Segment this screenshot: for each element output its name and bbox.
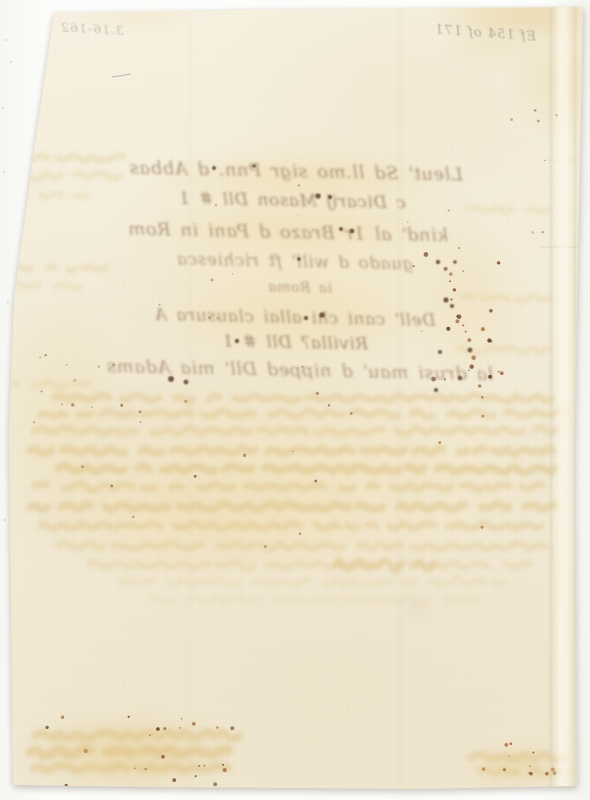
foxing-speck: [503, 768, 506, 771]
ghost-writing-band: [12, 266, 107, 271]
showthrough-line: Rivilla? Dll # 1: [222, 331, 369, 354]
foxing-speck: [449, 272, 453, 276]
foxing-speck: [292, 451, 293, 452]
ink-blot: [235, 339, 239, 343]
ghost-writing-band: [34, 766, 228, 771]
ghost-writing-band: [30, 749, 229, 756]
foxing-speck: [482, 767, 485, 770]
ink-blot: [168, 376, 174, 382]
foxing-speck: [61, 716, 64, 719]
foxing-speck: [504, 214, 505, 215]
foxing-speck: [243, 454, 246, 457]
ink-blot: [350, 229, 355, 234]
foxing-speck: [161, 755, 165, 759]
foxing-speck: [223, 768, 227, 772]
ghost-writing-band: [55, 395, 551, 401]
ghost-writing-band: [13, 193, 88, 198]
vertical-fold-crease: [189, 0, 191, 800]
foxing-speck: [551, 768, 555, 772]
foxing-speck: [84, 749, 88, 753]
foxing-speck: [194, 475, 197, 478]
ghost-writing-band: [58, 466, 556, 473]
foxing-speck: [112, 363, 115, 366]
ghost-writing-band: [36, 732, 239, 738]
foxing-speck: [528, 772, 531, 775]
ghost-writing-band: [335, 560, 434, 572]
showthrough-artifact-layer: [0, 0, 590, 800]
archival-number-pencil: Ef 154 of 171: [434, 22, 537, 44]
stain-blob: [511, 18, 590, 138]
foxing-speck: [431, 377, 436, 382]
pencil-dash: [112, 74, 131, 77]
foxing-speck: [449, 280, 451, 282]
foxing-speck: [456, 315, 458, 317]
foxing-speck: [465, 331, 467, 333]
ink-blot: [458, 376, 462, 380]
ink-blot: [252, 164, 256, 168]
foxing-speck: [457, 314, 462, 319]
foxing-speck: [470, 365, 474, 369]
stain-blob: [20, 710, 240, 794]
foxing-speck: [181, 718, 183, 720]
foxing-speck: [458, 247, 460, 249]
foxing-speck: [41, 390, 43, 392]
foxing-speck: [453, 288, 456, 291]
ink-blot: [328, 195, 332, 199]
foxing-speck: [204, 765, 205, 766]
foxing-speck: [424, 252, 429, 257]
foxing-speck: [39, 357, 41, 359]
foxing-speck: [498, 371, 500, 373]
ink-blot: [438, 350, 442, 354]
foxing-speck: [488, 375, 492, 379]
foxing-speck: [471, 355, 476, 360]
foxing-speck: [195, 775, 197, 777]
foxing-speck: [462, 270, 464, 272]
foxing-speck: [198, 765, 200, 767]
foxing-speck: [504, 743, 508, 747]
stain-blob: [105, 130, 495, 400]
ghost-writing-band: [34, 428, 561, 434]
ghost-writing-band: [58, 543, 546, 549]
vertical-fold-crease: [550, 0, 552, 800]
foxing-speck: [232, 273, 233, 274]
foxing-speck: [208, 317, 210, 319]
ink-blot: [212, 166, 216, 170]
foxing-speck: [497, 261, 500, 264]
ink-blot: [315, 193, 321, 199]
foxing-speck: [555, 114, 558, 117]
foxing-speck: [448, 209, 450, 211]
stain-blob: [85, 6, 195, 24]
ghost-writing-band: [40, 523, 542, 529]
stain-blob: [433, 0, 590, 44]
ghost-writing-band: [40, 411, 566, 417]
foxing-speck: [371, 197, 372, 198]
foxing-speck: [532, 752, 534, 754]
foxing-speck: [455, 319, 459, 323]
ghost-writing-band: [480, 769, 566, 774]
foxing-speck: [163, 727, 166, 730]
ghost-writing-band: [12, 284, 80, 288]
ghost-writing-band: [14, 173, 120, 180]
foxing-speck: [230, 726, 234, 730]
foxing-speck: [184, 400, 187, 403]
foxing-speck: [508, 755, 510, 757]
foxing-speck: [444, 267, 448, 271]
ghost-writing-band: [30, 448, 553, 454]
ink-blot: [297, 257, 301, 261]
ink-blot: [468, 348, 473, 353]
foxing-speck: [467, 338, 471, 342]
stain-blob: [464, 744, 568, 788]
paper-sheet-shadow: Lleut' Sd ll.mo sigr Pnn. d Abbasc Dicar…: [0, 0, 590, 800]
vertical-fold-crease: [574, 0, 576, 800]
stain-blob: [415, 220, 525, 390]
showthrough-line: Dell' cani chi allai clausura A: [154, 305, 436, 331]
foxing-speck: [481, 526, 484, 529]
foxing-speck: [298, 184, 300, 186]
foxing-speck: [150, 787, 151, 788]
foxing-speck: [314, 480, 317, 483]
foxing-speck: [222, 764, 224, 766]
corner-number-pencil: 3.16-162: [60, 19, 125, 37]
foxing-speck: [438, 441, 441, 444]
foxing-speck: [128, 716, 130, 718]
foxing-speck: [215, 204, 217, 206]
foxing-speck: [531, 231, 534, 234]
foxing-speck: [529, 765, 531, 767]
foxing-speck: [478, 384, 481, 387]
foxing-speck: [544, 160, 545, 161]
paper-sheet: Lleut' Sd ll.mo sigr Pnn. d Abbasc Dicar…: [0, 0, 590, 800]
foxing-speck: [350, 412, 353, 415]
foxing-speck: [33, 421, 35, 423]
foxing-speck: [500, 371, 504, 375]
showthrough-line: la drusi mau' d nipped Dll' mia Adams: [106, 356, 494, 385]
foxing-speck: [529, 772, 532, 775]
foxing-speck: [172, 778, 176, 782]
ink-blot: [450, 304, 454, 308]
stain-blob: [150, 204, 430, 252]
foxing-speck: [298, 215, 299, 216]
ink-blot: [443, 297, 448, 302]
foxing-speck: [139, 411, 142, 414]
ghost-writing-band: [16, 155, 124, 161]
foxing-speck: [61, 404, 63, 406]
foxing-speck: [316, 392, 319, 395]
ghost-writing-band: [150, 597, 481, 603]
showthrough-line: Lleut' Sd ll.mo sigr Pnn. d Abbas: [129, 158, 463, 186]
foxing-speck: [65, 784, 68, 787]
foxing-speck: [211, 279, 214, 282]
foxing-speck: [216, 317, 218, 319]
ink-blot: [184, 380, 189, 385]
showthrough-line: c Dicarij Mason Dll # 1: [178, 189, 406, 214]
foxing-speck: [71, 403, 74, 406]
stain-blob: [163, 280, 433, 356]
foxing-speck: [74, 379, 77, 382]
showthrough-line: ia Roma: [268, 279, 333, 296]
ghost-writing-band: [10, 381, 89, 387]
foxing-speck: [156, 727, 160, 731]
foxing-speck: [537, 120, 540, 123]
foxing-speck: [149, 735, 151, 737]
stain-blob: [20, 460, 380, 580]
foxing-speck: [159, 304, 161, 306]
foxing-speck: [487, 338, 491, 342]
stain-blob: [2, 300, 122, 540]
foxing-speck: [462, 324, 464, 326]
stain-blob: [447, 32, 537, 64]
foxing-speck: [510, 118, 513, 121]
foxing-speck: [66, 364, 68, 366]
corner-number-text: 3.16-162: [60, 19, 125, 37]
ghost-writing-band: [468, 207, 548, 211]
stain-blob: [405, 598, 431, 616]
ink-blot: [319, 312, 325, 318]
foxing-speck: [446, 327, 450, 331]
foxing-speck: [45, 726, 48, 729]
foxing-speck: [302, 366, 304, 368]
scanned-document: Lleut' Sd ll.mo sigr Pnn. d Abbasc Dicar…: [0, 0, 590, 800]
foxing-speck: [328, 404, 330, 406]
ghost-writing-band: [30, 504, 560, 510]
ghost-writing-band: [462, 296, 550, 301]
foxing-speck: [139, 421, 141, 423]
foxing-speck: [81, 465, 84, 468]
foxing-speck: [413, 265, 415, 267]
foxing-speck: [98, 365, 100, 367]
showthrough-line: guado d will' ft richiesca: [176, 250, 414, 275]
stain-blob: [20, 365, 570, 585]
foxing-speck: [444, 378, 446, 380]
paper-grain-texture: [0, 0, 590, 800]
foxing-speck: [450, 298, 452, 300]
foxing-speck: [120, 404, 123, 407]
foxing-speck: [216, 726, 219, 729]
foxing-speck: [91, 407, 92, 408]
ink-blot: [304, 316, 308, 320]
foxing-speck: [264, 545, 267, 548]
foxing-speck: [481, 396, 483, 398]
foxing-speck: [213, 782, 217, 786]
foxing-speck: [553, 771, 557, 775]
archival-number-text: Ef 154 of 171: [434, 22, 537, 44]
foxing-speck: [44, 354, 46, 356]
ink-blot: [434, 388, 438, 392]
ink-blot: [436, 260, 440, 264]
foxing-speck: [179, 727, 181, 729]
ghost-writing-band: [90, 562, 529, 568]
foxing-speck: [110, 485, 113, 488]
ink-blot: [339, 227, 343, 231]
ghost-writing-band: [458, 347, 550, 353]
ink-blot: [453, 260, 457, 264]
foxing-speck: [144, 768, 146, 770]
foxing-speck: [134, 768, 136, 770]
foxing-speck: [192, 722, 196, 726]
vertical-fold-crease: [399, 0, 401, 800]
foxing-speck: [489, 309, 493, 313]
vertical-fold-crease: [557, 0, 569, 800]
foxing-speck: [545, 772, 548, 775]
ghost-writing-band: [120, 579, 505, 585]
foxing-speck: [421, 330, 423, 332]
showthrough-line: kind' al 1r Brazo d Pani in Rom: [128, 219, 449, 247]
foxing-speck: [132, 516, 134, 518]
foxing-speck: [534, 109, 537, 112]
foxing-speck: [299, 533, 301, 535]
ghost-writing-band: [470, 754, 565, 760]
stain-blob: [148, 152, 448, 204]
foxing-speck: [468, 369, 470, 371]
foxing-speck: [481, 414, 484, 417]
foxing-speck: [407, 221, 409, 223]
foxing-speck: [510, 742, 513, 745]
foxing-speck: [481, 327, 485, 331]
foxing-speck: [491, 341, 493, 343]
ghost-writing-band: [34, 483, 543, 490]
foxing-speck: [541, 231, 543, 233]
